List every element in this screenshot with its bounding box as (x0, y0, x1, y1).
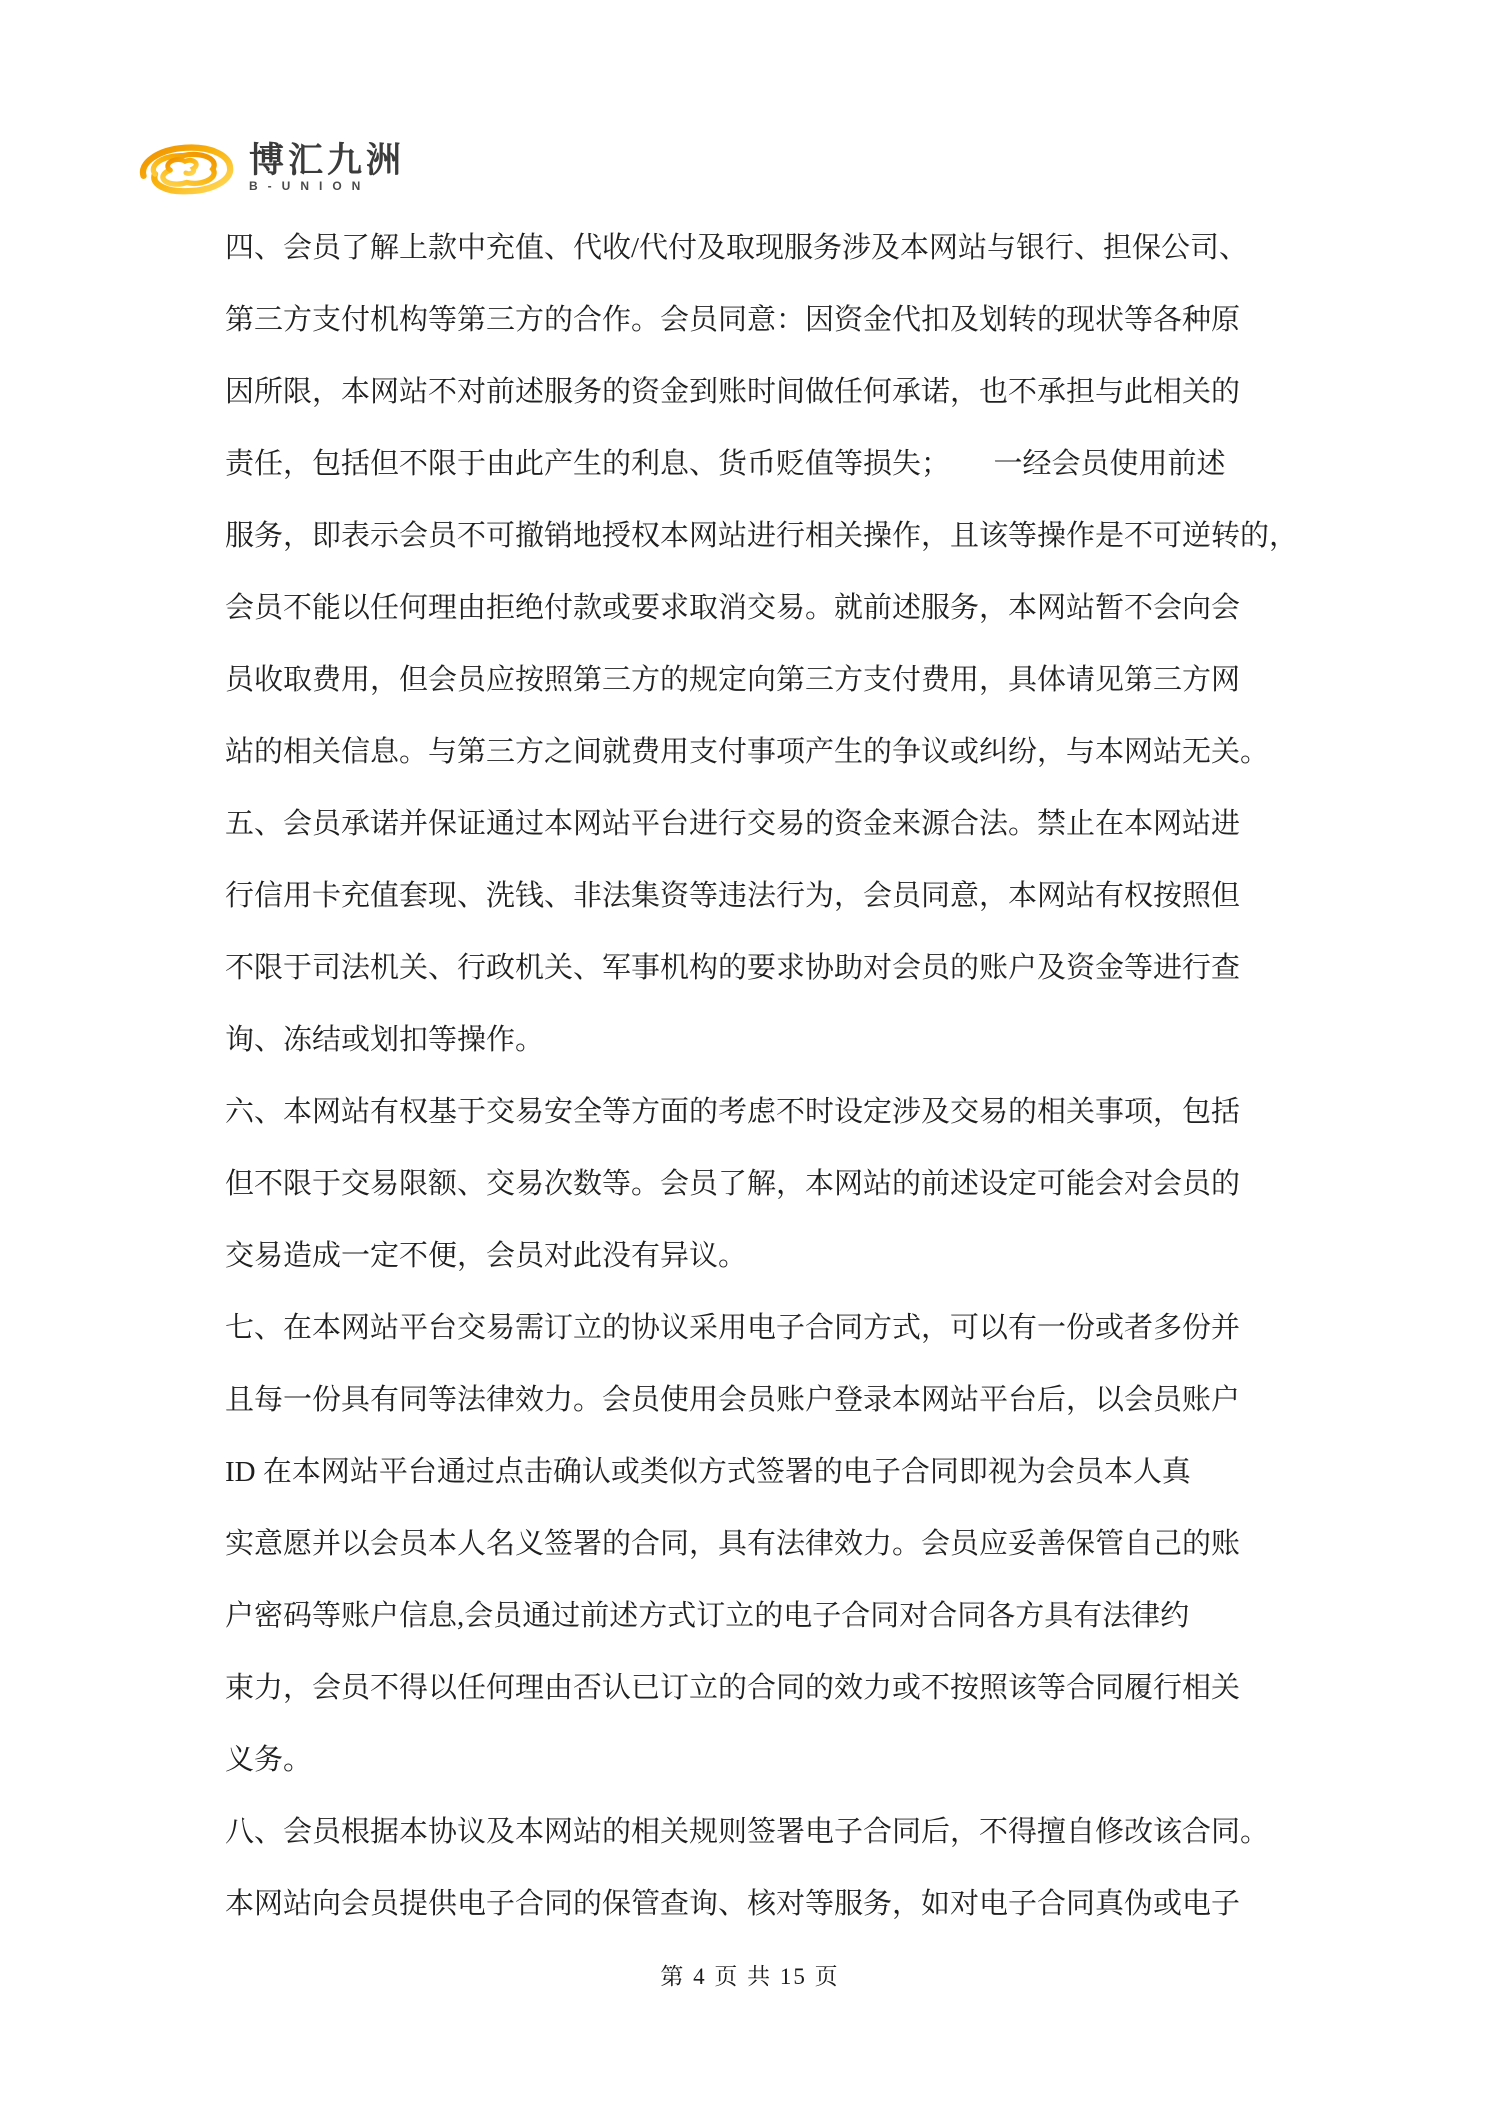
document-line: 站的相关信息。与第三方之间就费用支付事项产生的争议或纠纷，与本网站无关。 (225, 716, 1375, 788)
document-line: 因所限，本网站不对前述服务的资金到账时间做任何承诺，也不承担与此相关的 (225, 356, 1375, 428)
document-line: 行信用卡充值套现、洗钱、非法集资等违法行为，会员同意，本网站有权按照但 (225, 860, 1375, 932)
document-line: 询、冻结或划扣等操作。 (225, 1004, 1375, 1076)
page-number: 第 4 页 共 15 页 (0, 1962, 1500, 1992)
document-line: 服务，即表示会员不可撤销地授权本网站进行相关操作，且该等操作是不可逆转的， (225, 500, 1375, 572)
document-line: 四、会员了解上款中充值、代收/代付及取现服务涉及本网站与银行、担保公司、 (225, 212, 1375, 284)
document-line: 本网站向会员提供电子合同的保管查询、核对等服务，如对电子合同真伪或电子 (225, 1868, 1375, 1940)
document-line: 七、在本网站平台交易需订立的协议采用电子合同方式，可以有一份或者多份并 (225, 1292, 1375, 1364)
document-line: 交易造成一定不便，会员对此没有异议。 (225, 1220, 1375, 1292)
document-line: 会员不能以任何理由拒绝付款或要求取消交易。就前述服务，本网站暂不会向会 (225, 572, 1375, 644)
logo: 博汇九洲 B-UNION (138, 141, 405, 195)
document-line: 八、会员根据本协议及本网站的相关规则签署电子合同后，不得擅自修改该合同。 (225, 1796, 1375, 1868)
document-line: 员收取费用，但会员应按照第三方的规定向第三方支付费用，具体请见第三方网 (225, 644, 1375, 716)
logo-title: 博汇九洲 (249, 143, 405, 178)
document-line: ID 在本网站平台通过点击确认或类似方式签署的电子合同即视为会员本人真 (225, 1436, 1375, 1508)
document-body: 四、会员了解上款中充值、代收/代付及取现服务涉及本网站与银行、担保公司、第三方支… (225, 212, 1375, 1940)
document-line: 第三方支付机构等第三方的合作。会员同意：因资金代扣及划转的现状等各种原 (225, 284, 1375, 356)
document-line: 义务。 (225, 1724, 1375, 1796)
document-line: 六、本网站有权基于交易安全等方面的考虑不时设定涉及交易的相关事项，包括 (225, 1076, 1375, 1148)
document-line: 但不限于交易限额、交易次数等。会员了解，本网站的前述设定可能会对会员的 (225, 1148, 1375, 1220)
gold-swirl-icon (138, 141, 235, 195)
document-line: 且每一份具有同等法律效力。会员使用会员账户登录本网站平台后，以会员账户 (225, 1364, 1375, 1436)
document-line: 五、会员承诺并保证通过本网站平台进行交易的资金来源合法。禁止在本网站进 (225, 788, 1375, 860)
logo-text: 博汇九洲 B-UNION (249, 143, 405, 193)
document-line: 不限于司法机关、行政机关、军事机构的要求协助对会员的账户及资金等进行查 (225, 932, 1375, 1004)
document-line: 实意愿并以会员本人名义签署的合同，具有法律效力。会员应妥善保管自己的账 (225, 1508, 1375, 1580)
document-page: 博汇九洲 B-UNION 四、会员了解上款中充值、代收/代付及取现服务涉及本网站… (0, 0, 1500, 2121)
document-line: 束力，会员不得以任何理由否认已订立的合同的效力或不按照该等合同履行相关 (225, 1652, 1375, 1724)
document-line: 户密码等账户信息,会员通过前述方式订立的电子合同对合同各方具有法律约 (225, 1580, 1375, 1652)
document-line: 责任，包括但不限于由此产生的利息、货币贬值等损失； 一经会员使用前述 (225, 428, 1375, 500)
logo-subtitle: B-UNION (249, 180, 405, 193)
